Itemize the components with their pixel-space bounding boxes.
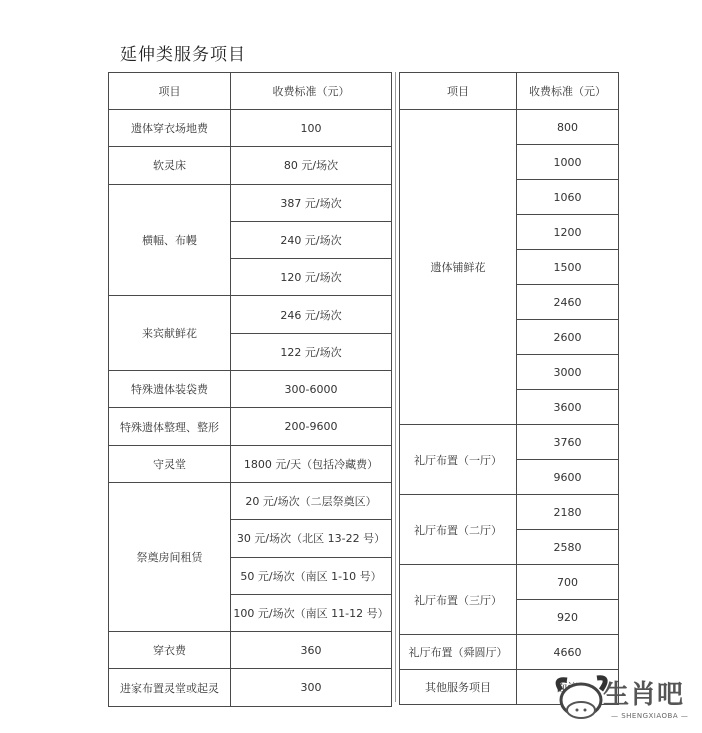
header-item: 项目 — [400, 73, 517, 110]
table-row: 礼厅布置（二厅）2180 — [400, 495, 619, 530]
price-cell: 1000 — [517, 145, 619, 180]
table-row: 礼厅布置（三厅）700 — [400, 565, 619, 600]
left-fee-table: 项目收费标准（元）遗体穿衣场地费100软灵床80 元/场次横幅、布幔387 元/… — [108, 72, 392, 707]
table-row: 遗体穿衣场地费100 — [109, 110, 392, 147]
price-cell: 300-6000 — [231, 371, 392, 408]
price-cell: 2180 — [517, 495, 619, 530]
price-cell: 50 元/场次（南区 1-10 号） — [231, 557, 392, 594]
price-cell: 100 — [231, 110, 392, 147]
price-cell: 1060 — [517, 180, 619, 215]
price-cell: 920 — [517, 600, 619, 635]
price-cell: 20 元/场次（二层祭奠区） — [231, 482, 392, 519]
item-name-cell: 祭奠房间租赁 — [109, 482, 231, 631]
table-separator — [395, 72, 396, 702]
item-name-cell: 礼厅布置（二厅） — [400, 495, 517, 565]
table-row: 特殊遗体装袋费300-6000 — [109, 371, 392, 408]
header-price: 收费标准（元） — [231, 73, 392, 110]
item-name-cell: 守灵堂 — [109, 445, 231, 482]
price-cell: 122 元/场次 — [231, 333, 392, 370]
price-cell: 387 元/场次 — [231, 184, 392, 221]
price-cell: 80 元/场次 — [231, 147, 392, 184]
table-row: 祭奠房间租赁20 元/场次（二层祭奠区） — [109, 482, 392, 519]
item-name-cell: 特殊遗体整理、整形 — [109, 408, 231, 445]
price-cell: 700 — [517, 565, 619, 600]
item-name-cell: 遗体铺鲜花 — [400, 110, 517, 425]
table-row: 来宾献鲜花246 元/场次 — [109, 296, 392, 333]
table-row: 进家布置灵堂或起灵300 — [109, 669, 392, 706]
price-cell: 1200 — [517, 215, 619, 250]
price-cell: 200-9600 — [231, 408, 392, 445]
table-row: 软灵床80 元/场次 — [109, 147, 392, 184]
price-cell: 120 元/场次 — [231, 259, 392, 296]
item-name-cell: 礼厅布置（一厅） — [400, 425, 517, 495]
price-cell: 800 — [517, 110, 619, 145]
price-cell: 2580 — [517, 530, 619, 565]
item-name-cell: 特殊遗体装袋费 — [109, 371, 231, 408]
price-cell: 9600 — [517, 460, 619, 495]
item-name-cell: 横幅、布幔 — [109, 184, 231, 296]
item-name-cell: 软灵床 — [109, 147, 231, 184]
table-row: 特殊遗体整理、整形200-9600 — [109, 408, 392, 445]
table-row: 横幅、布幔387 元/场次 — [109, 184, 392, 221]
item-name-cell: 进家布置灵堂或起灵 — [109, 669, 231, 706]
watermark-brand: 生肖吧 — [603, 674, 684, 711]
header-row: 项目收费标准（元） — [400, 73, 619, 110]
price-cell: 2600 — [517, 320, 619, 355]
price-cell: 3600 — [517, 390, 619, 425]
item-name-cell: 礼厅布置（舜圆厅） — [400, 635, 517, 670]
table-row: 礼厅布置（一厅）3760 — [400, 425, 619, 460]
page-title: 延伸类服务项目 — [120, 40, 246, 65]
item-name-cell: 遗体穿衣场地费 — [109, 110, 231, 147]
table-row: 穿衣费360 — [109, 632, 392, 669]
price-cell: 4660 — [517, 635, 619, 670]
watermark-subtitle: — SHENGXIAOBA — — [611, 712, 688, 720]
price-cell: 1500 — [517, 250, 619, 285]
price-cell: 1800 元/天（包括冷藏费） — [231, 445, 392, 482]
table-row: 遗体铺鲜花800 — [400, 110, 619, 145]
table-row: 礼厅布置（舜圆厅）4660 — [400, 635, 619, 670]
header-price: 收费标准（元） — [517, 73, 619, 110]
item-name-cell: 穿衣费 — [109, 632, 231, 669]
price-cell: 2460 — [517, 285, 619, 320]
price-cell: 300 — [231, 669, 392, 706]
item-name-cell: 其他服务项目 — [400, 670, 517, 705]
header-item: 项目 — [109, 73, 231, 110]
item-name-cell: 来宾献鲜花 — [109, 296, 231, 371]
right-fee-table: 项目收费标准（元）遗体铺鲜花80010001060120015002460260… — [399, 72, 619, 705]
item-name-cell: 礼厅布置（三厅） — [400, 565, 517, 635]
price-cell: 3000 — [517, 355, 619, 390]
price-cell: 240 元/场次 — [231, 221, 392, 258]
price-cell: 3760 — [517, 425, 619, 460]
price-cell: 246 元/场次 — [231, 296, 392, 333]
header-row: 项目收费标准（元） — [109, 73, 392, 110]
price-cell: 100 元/场次（南区 11-12 号） — [231, 594, 392, 631]
price-cell: 30 元/场次（北区 13-22 号） — [231, 520, 392, 557]
price-cell: 360 — [231, 632, 392, 669]
table-row: 守灵堂1800 元/天（包括冷藏费） — [109, 445, 392, 482]
